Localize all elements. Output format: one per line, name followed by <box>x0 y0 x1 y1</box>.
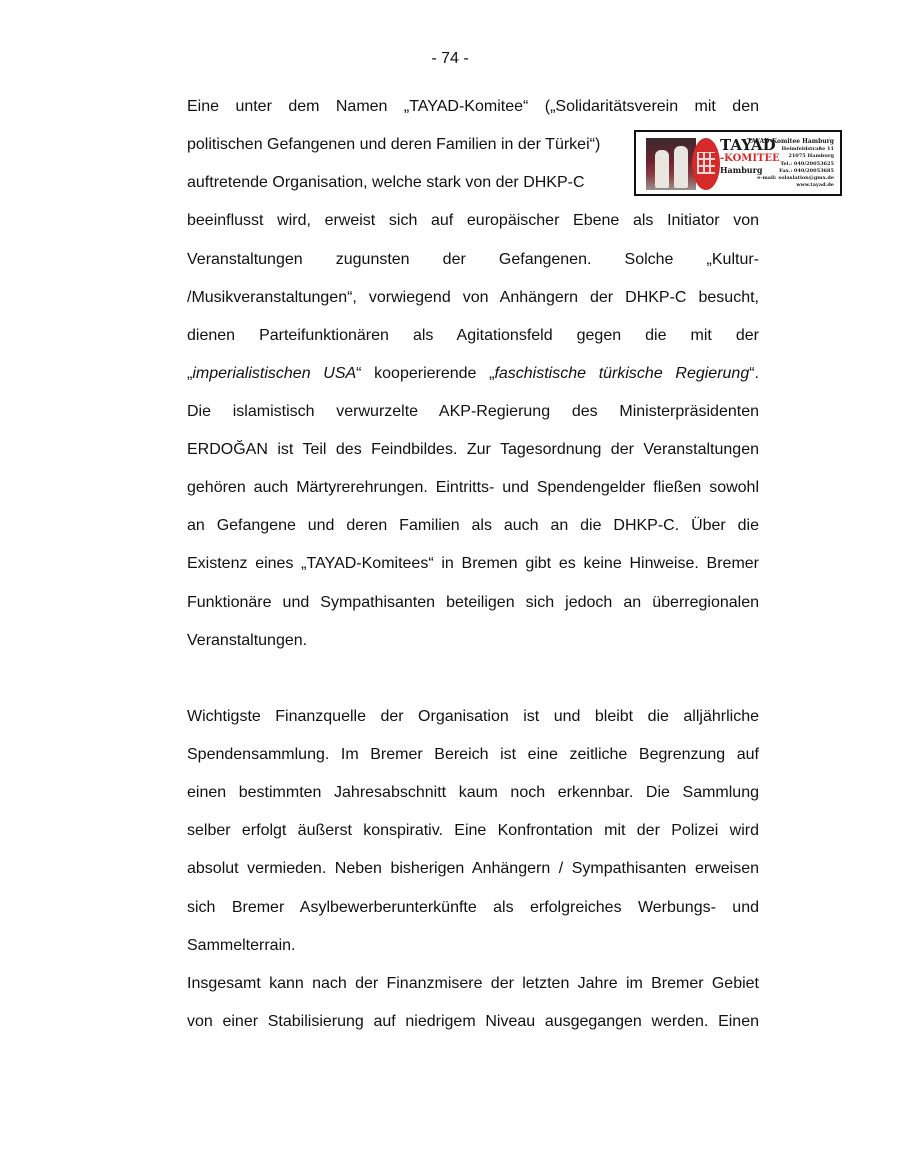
contact-phone: Tel.: 040/20053625 <box>747 161 834 168</box>
text-line: gehören auch Märtyrerehrungen. Eintritts… <box>187 478 759 498</box>
text-line: an Gefangene und deren Familien als auch… <box>187 516 759 536</box>
text-line: beeinflusst wird, erweist sich auf europ… <box>187 211 759 231</box>
contact-email: e-mail: solaslation@gmx.de <box>747 175 834 182</box>
contact-web: www.tayad.de <box>747 182 834 189</box>
text-line: Die islamistisch verwurzelte AKP-Regieru… <box>187 402 759 422</box>
text-line: Veranstaltungen zugunsten der Gefangenen… <box>187 250 759 270</box>
banner-contact: TAYAD-Komitee Hamburg Heimfeldstraße 11 … <box>747 138 834 189</box>
text-line: Wichtigste Finanzquelle der Organisation… <box>187 707 759 727</box>
italic-quote-regierung: faschistische türkische Regierung <box>494 365 749 382</box>
text-line: einen bestimmten Jahresabschnitt kaum no… <box>187 783 759 803</box>
text-line: von einer Stabilisierung auf niedrigem N… <box>187 1012 759 1032</box>
text-line: /Musikveranstaltungen“, vorwiegend von A… <box>187 288 759 308</box>
text-line: Eine unter dem Namen „TAYAD-Komitee“ („S… <box>187 97 759 117</box>
quote-close: “. <box>749 365 759 382</box>
contact-street: Heimfeldstraße 11 <box>747 146 834 153</box>
text-line-italic-quotes: „imperialistischen USA“ kooperierende „f… <box>187 364 759 384</box>
text-line: dienen Parteifunktionären als Agitations… <box>187 326 759 346</box>
text-line: ERDOĞAN ist Teil des Feindbildes. Zur Ta… <box>187 440 759 460</box>
text-line: Sammelterrain. <box>187 936 295 956</box>
contact-title: TAYAD-Komitee Hamburg <box>747 138 834 145</box>
photo-figure <box>674 146 688 188</box>
contact-city: 21075 Hamburg <box>747 153 834 160</box>
text-line: selber erfolgt äußerst konspirativ. Eine… <box>187 821 759 841</box>
photo-figure <box>655 150 669 188</box>
text-line: absolut vermieden. Neben bisherigen Anhä… <box>187 859 759 879</box>
text-line: Spendensammlung. Im Bremer Bereich ist e… <box>187 745 759 765</box>
prison-bars-logo-icon <box>692 138 720 190</box>
text-line: Veranstaltungen. <box>187 631 307 651</box>
text-line: Existenz eines „TAYAD-Komitees“ in Breme… <box>187 554 759 574</box>
bars-icon <box>697 152 715 174</box>
text-line: politischen Gefangenen und deren Familie… <box>187 135 600 155</box>
tayad-hamburg-banner: TAYAD -KOMITEE Hamburg TAYAD-Komitee Ham… <box>634 130 842 196</box>
text-middle: “ kooperierende „ <box>356 365 494 382</box>
text-line: Insgesamt kann nach der Finanzmisere der… <box>187 974 759 994</box>
italic-quote-usa: imperialistischen USA <box>192 365 356 382</box>
banner-photo <box>646 138 696 190</box>
page-number: - 74 - <box>0 50 900 68</box>
text-line: auftretende Organisation, welche stark v… <box>187 173 585 193</box>
contact-fax: Fax.: 040/20053685 <box>747 168 834 175</box>
text-line: Funktionäre und Sympathisanten beteilige… <box>187 593 759 613</box>
text-line: sich Bremer Asylbewerberunterkünfte als … <box>187 898 759 918</box>
